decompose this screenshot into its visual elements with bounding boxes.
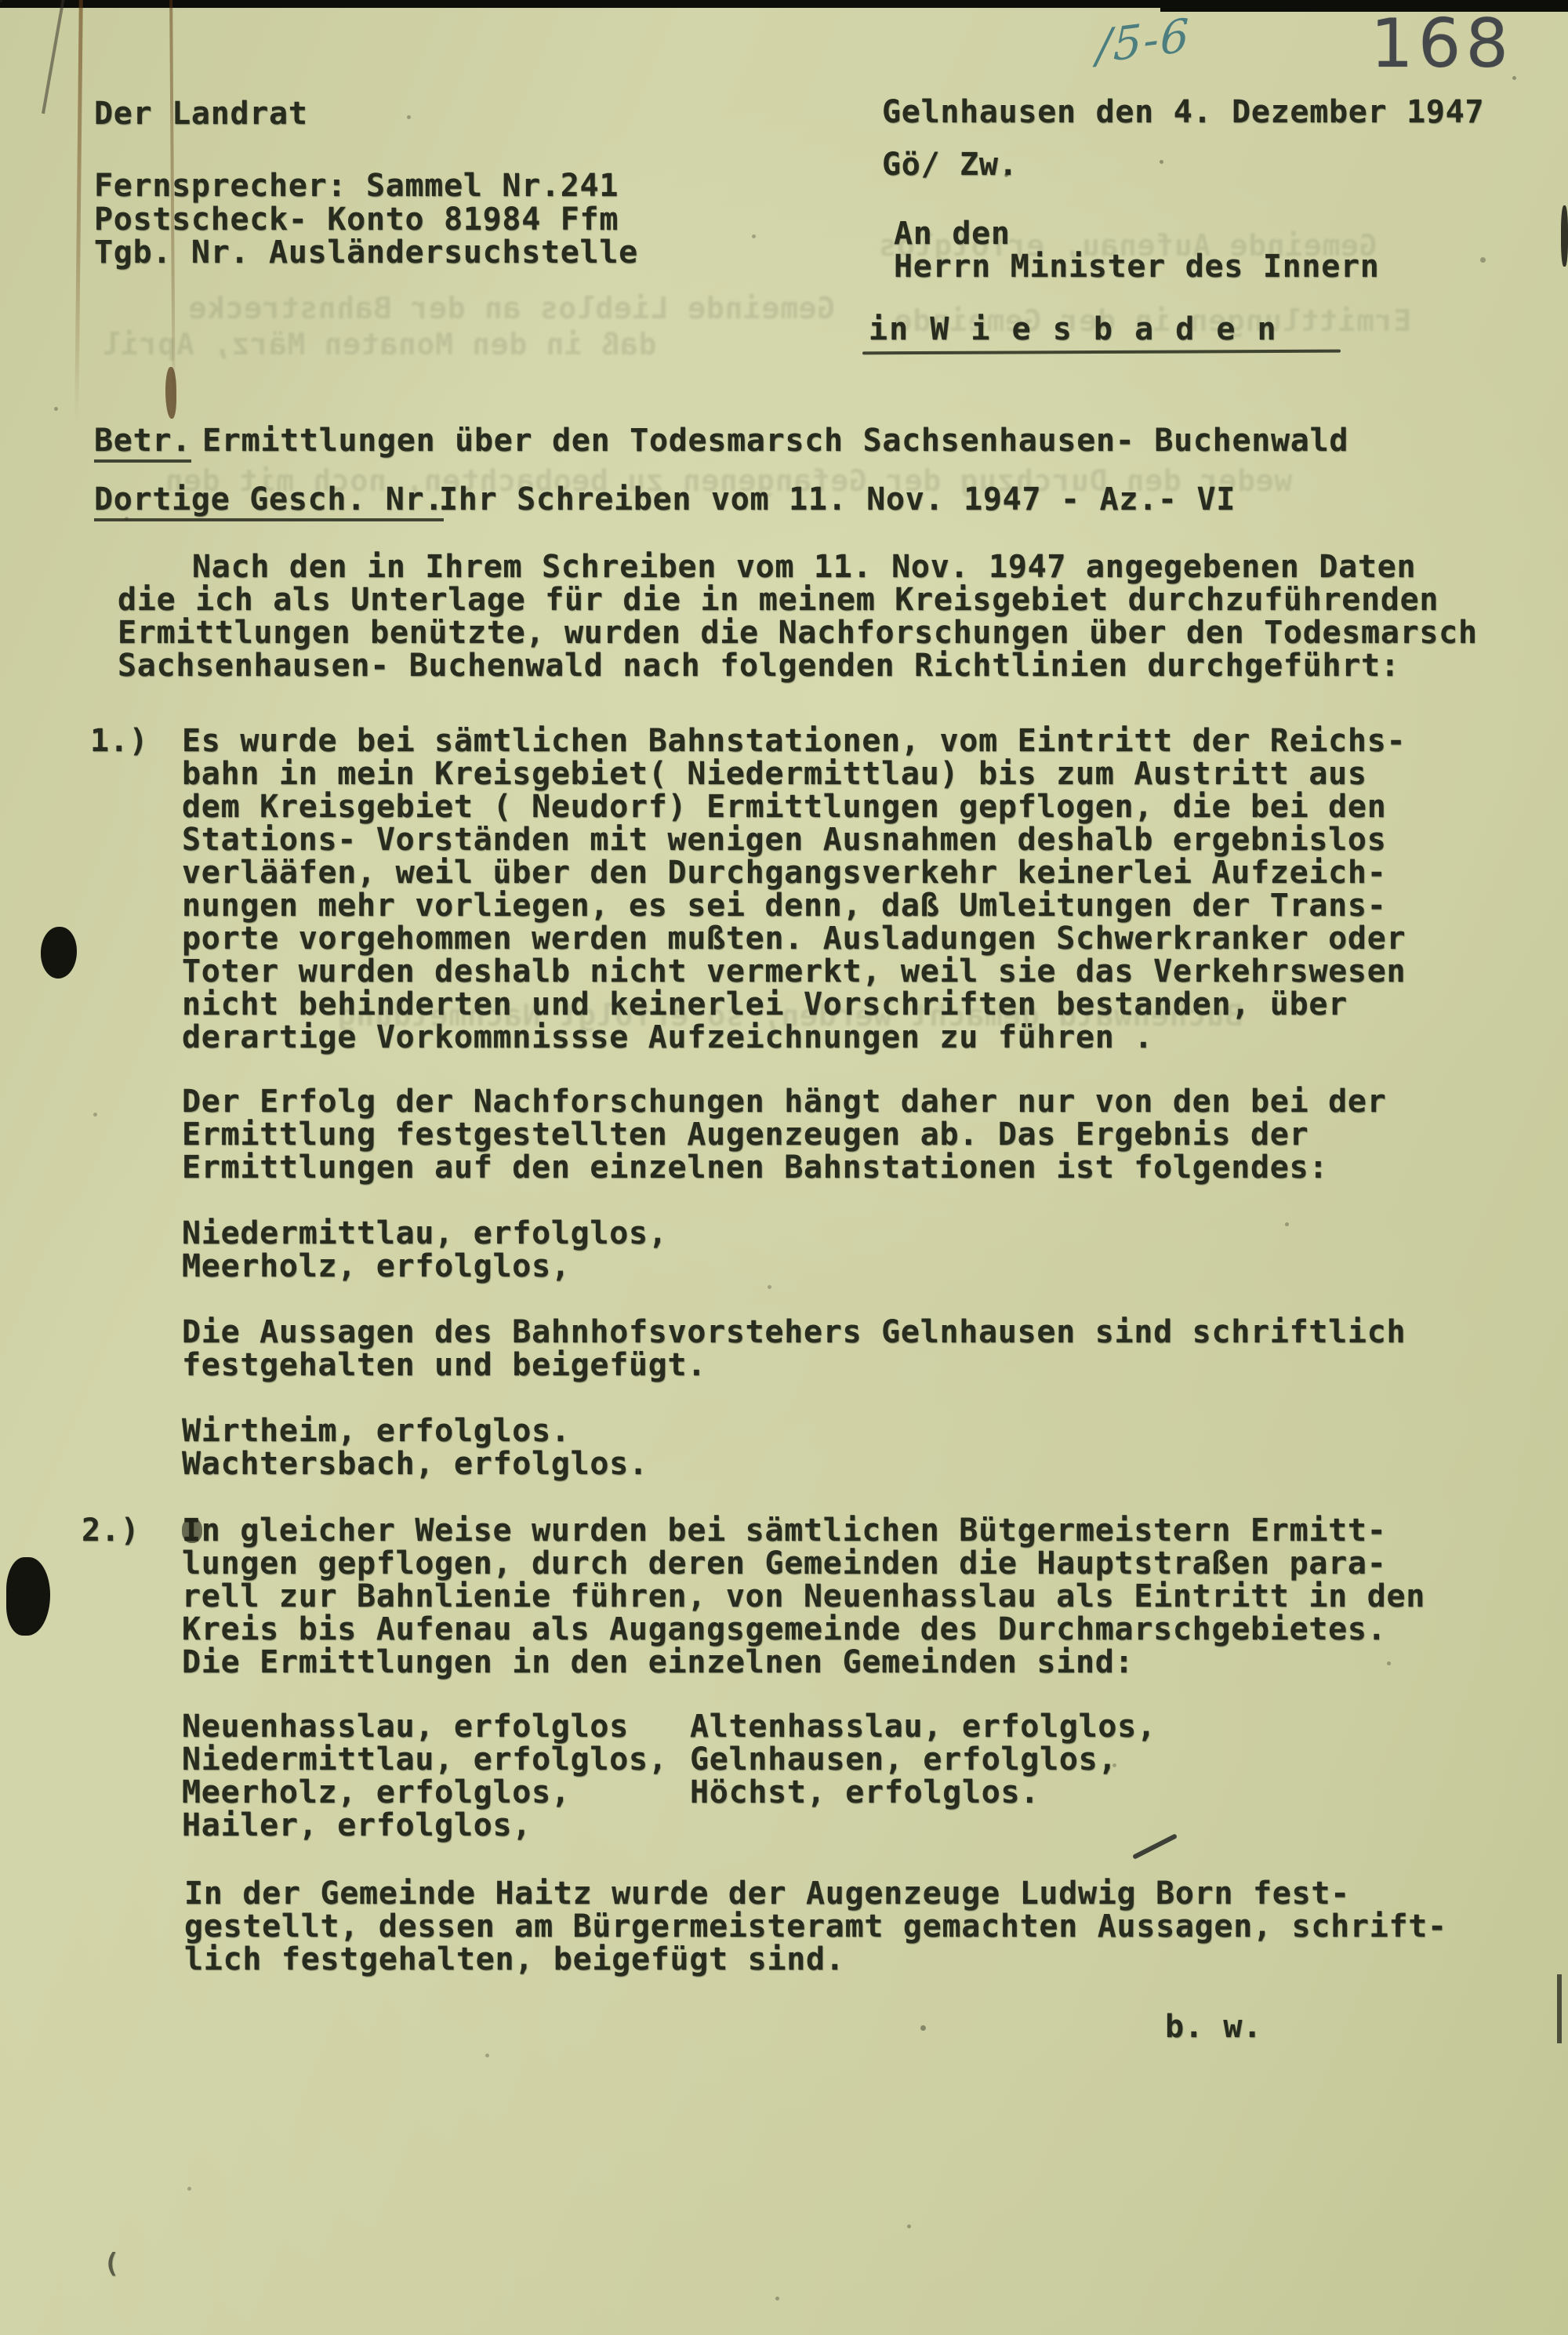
body-line: festgehalten und beigefügt. bbox=[182, 1349, 706, 1382]
sender-ref: Tgb. Nr. Ausländersuchstelle bbox=[94, 236, 638, 269]
reference-label: Dortige Gesch. Nr. bbox=[94, 483, 444, 516]
fold-crease-corner bbox=[42, 0, 65, 114]
body-line: Sachsenhausen- Buchenwald nach folgenden… bbox=[118, 649, 1400, 682]
sender-account: Postscheck- Konto 81984 Ffm bbox=[94, 203, 619, 236]
subject-label: Betr. bbox=[94, 424, 191, 457]
list-item: Niedermittlau, erfolglos, bbox=[182, 1743, 668, 1776]
body-line: Es wurde bei sämtlichen Bahnstationen, v… bbox=[182, 724, 1406, 757]
list-item: Gelnhausen, erfolglos, bbox=[690, 1743, 1117, 1776]
stray-bracket-mark: ( bbox=[103, 2247, 120, 2280]
list-item: Meerholz, erfolglos, bbox=[182, 1776, 571, 1809]
fold-crease bbox=[74, 0, 83, 423]
body-line: In gleicher Weise wurden bei sämtlichen … bbox=[182, 1514, 1387, 1547]
list-item: Wirtheim, erfolglos. bbox=[182, 1414, 571, 1447]
page-number-stamp: 168 bbox=[1370, 5, 1513, 83]
subject-text: Ermittlungen über den Todesmarsch Sachse… bbox=[202, 424, 1348, 457]
reference-initials: Gö/ Zw. bbox=[882, 148, 1018, 181]
scan-edge-right-sliver bbox=[1561, 205, 1568, 267]
body-line: bahn in mein Kreisgebiet( Niedermittlau)… bbox=[182, 757, 1367, 790]
reference-text: Ihr Schreiben vom 11. Nov. 1947 - Az.- V… bbox=[439, 483, 1236, 516]
body-line: Kreis bis Aufenau als Augangsgemeinde de… bbox=[182, 1613, 1387, 1646]
list-item: Niedermittlau, erfolglos, bbox=[182, 1217, 668, 1250]
scan-edge-right-sliver-2 bbox=[1557, 1974, 1562, 2043]
body-line: rell zur Bahnlienie führen, von Neuenhas… bbox=[182, 1580, 1425, 1613]
body-line: derartige Vorkommnissse Aufzeichnungen z… bbox=[182, 1021, 1153, 1054]
list-item: Altenhasslau, erfolglos, bbox=[690, 1710, 1156, 1743]
handwritten-folio-mark: /5-6 bbox=[1096, 8, 1191, 73]
list-item: Neuenhasslau, erfolglos bbox=[182, 1710, 629, 1743]
section-number: 2.) bbox=[82, 1514, 140, 1547]
pen-check-mark bbox=[1132, 1833, 1178, 1859]
body-line: lich festgehalten, beigefügt sind. bbox=[184, 1943, 845, 1976]
body-line: Ermittlungen auf den einzelnen Bahnstati… bbox=[182, 1151, 1328, 1184]
recipient-city-underline bbox=[862, 350, 1341, 355]
body-line: Die Aussagen des Bahnhofsvorstehers Geln… bbox=[182, 1316, 1406, 1349]
body-line: porte vorgehommen werden mußten. Ausladu… bbox=[182, 922, 1406, 955]
fold-crease-blob bbox=[165, 367, 176, 419]
closing-note: b. w. bbox=[1165, 2010, 1262, 2043]
body-line: nungen mehr vorliegen, es sei denn, daß … bbox=[182, 889, 1387, 922]
list-item: Wachtersbach, erfolglos. bbox=[182, 1447, 648, 1480]
body-line: Die Ermittlungen in den einzelnen Gemein… bbox=[182, 1646, 1134, 1679]
recipient-line: An den bbox=[894, 217, 1011, 250]
list-item: Hailer, erfolglos, bbox=[182, 1809, 532, 1842]
sender-name: Der Landrat bbox=[94, 97, 308, 130]
body-line: Ermittlungen benützte, wurden die Nachfo… bbox=[118, 616, 1478, 649]
body-line: Toter wurden deshalb nicht vermerkt, wei… bbox=[182, 955, 1406, 988]
body-line: Ermittlung festgestellten Augenzeugen ab… bbox=[182, 1118, 1308, 1151]
body-line: Der Erfolg der Nachforschungen hängt dah… bbox=[182, 1085, 1387, 1118]
body-line: Stations- Vorständen mit wenigen Ausnahm… bbox=[182, 823, 1387, 856]
list-item: Höchst, erfolglos. bbox=[690, 1776, 1040, 1809]
body-line: lungen gepflogen, durch deren Gemeinden … bbox=[182, 1547, 1387, 1580]
body-line: verlääfen, weil über den Durchgangsverke… bbox=[182, 856, 1387, 889]
list-item: Meerholz, erfolglos, bbox=[182, 1250, 571, 1283]
section-number: 1.) bbox=[90, 724, 148, 757]
body-line: dem Kreisgebiet ( Neudorf) Ermittlungen … bbox=[182, 790, 1387, 823]
hole-punch-2 bbox=[6, 1557, 50, 1636]
dateline: Gelnhausen den 4. Dezember 1947 bbox=[882, 96, 1484, 129]
overtyped-char-blot bbox=[182, 1518, 202, 1543]
body-line: die ich als Unterlage für die in meinem … bbox=[118, 583, 1439, 616]
body-line: nicht behinderten und keinerlei Vorschri… bbox=[182, 988, 1348, 1021]
bleedthrough-text: daß in den Monaten März, April bbox=[102, 328, 656, 361]
hole-punch bbox=[41, 927, 77, 979]
sender-phone: Fernsprecher: Sammel Nr.241 bbox=[94, 169, 619, 202]
body-line: Nach den in Ihrem Schreiben vom 11. Nov.… bbox=[192, 550, 1416, 583]
recipient-line: Herrn Minister des Innern bbox=[894, 250, 1380, 283]
body-line: In der Gemeinde Haitz wurde der Augenzeu… bbox=[184, 1877, 1350, 1910]
recipient-city: in W i e s b a d e n bbox=[869, 313, 1278, 346]
bleedthrough-text: Gemeinde Lieblos an der Bahnstrecke bbox=[188, 292, 835, 325]
document-scan: Gemeinde Lieblos an der Bahnstrecke daß … bbox=[0, 0, 1568, 2335]
body-line: gestellt, dessen am Bürgermeisteramt gem… bbox=[184, 1910, 1447, 1943]
